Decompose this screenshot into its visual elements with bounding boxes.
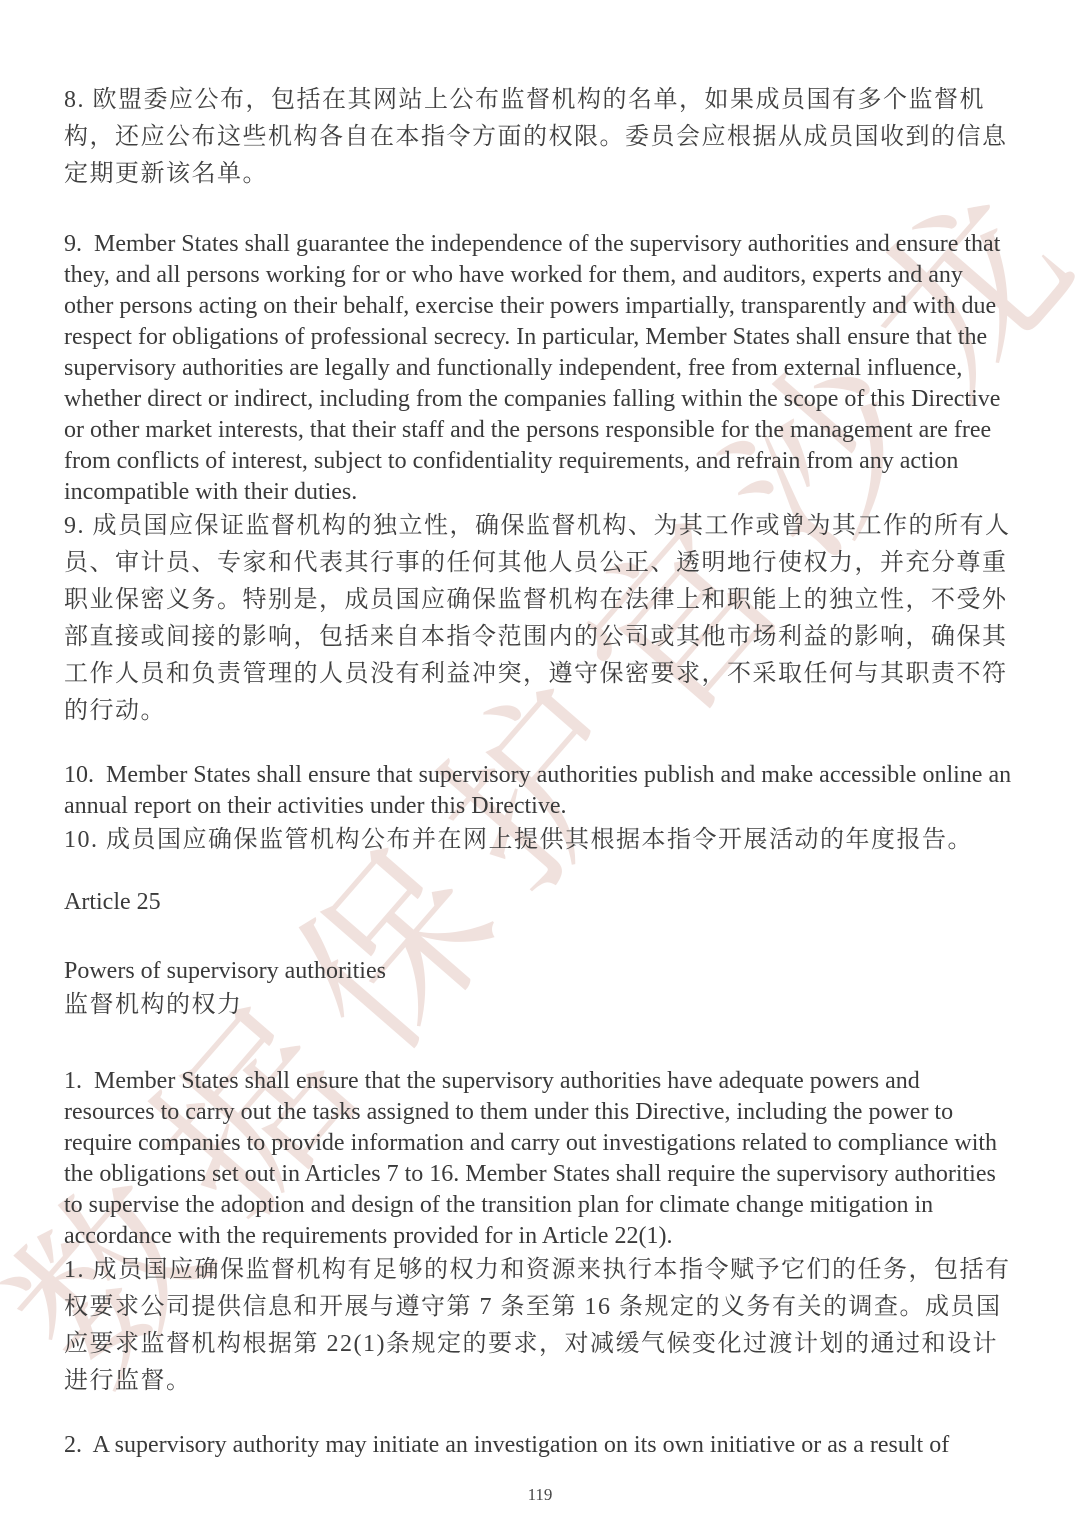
- page-number: 119: [0, 1485, 1080, 1505]
- page-content: 8. 欧盟委应公布，包括在其网站上公布监督机构的名单，如果成员国有多个监督机构，…: [0, 0, 1080, 1461]
- paragraph-1-chinese: 1. 成员国应确保监督机构有足够的权力和资源来执行本指令赋予它们的任务，包括有权…: [64, 1252, 1016, 1400]
- paragraph-9-chinese: 9. 成员国应保证监督机构的独立性，确保监督机构、为其工作或曾为其工作的所有人员…: [64, 508, 1016, 730]
- section-title-english: Powers of supervisory authorities: [64, 956, 1016, 987]
- document-page: 数据保护官沙龙 8. 欧盟委应公布，包括在其网站上公布监督机构的名单，如果成员国…: [0, 0, 1080, 1527]
- paragraph-9-english: 9. Member States shall guarantee the ind…: [64, 229, 1016, 508]
- article-heading: Article 25: [64, 887, 1016, 918]
- paragraph-1-english: 1. Member States shall ensure that the s…: [64, 1066, 1016, 1252]
- paragraph-10-chinese: 10. 成员国应确保监管机构公布并在网上提供其根据本指令开展活动的年度报告。: [64, 822, 1016, 859]
- paragraph-2-english: 2. A supervisory authority may initiate …: [64, 1430, 1016, 1461]
- paragraph-10-english: 10. Member States shall ensure that supe…: [64, 760, 1016, 822]
- section-title-chinese: 监督机构的权力: [64, 987, 1016, 1024]
- paragraph-8-chinese: 8. 欧盟委应公布，包括在其网站上公布监督机构的名单，如果成员国有多个监督机构，…: [64, 82, 1016, 193]
